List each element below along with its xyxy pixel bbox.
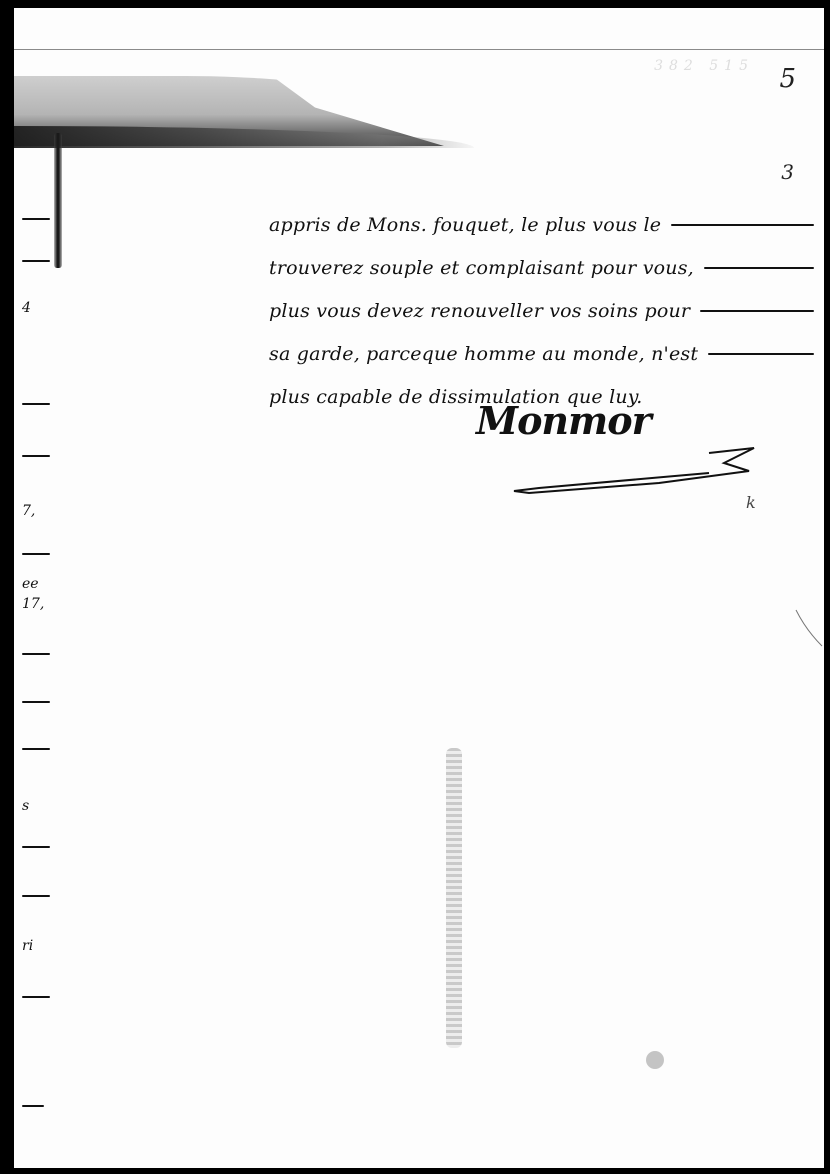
margin-dash xyxy=(22,455,50,457)
margin-glyph: ee xyxy=(22,576,39,592)
ink-smear xyxy=(446,748,462,1048)
signature: Monmor xyxy=(476,398,651,443)
margin-dash xyxy=(22,218,50,220)
page-top-edge xyxy=(14,49,824,50)
margin-glyph: ri xyxy=(22,938,33,954)
letter-line: sa garde, parceque homme au monde, n'est xyxy=(269,322,814,365)
letter-line: plus vous devez renouveller vos soins po… xyxy=(269,279,814,322)
margin-dash xyxy=(22,748,50,750)
signature-flourish-icon xyxy=(509,443,759,503)
manuscript-page: 382 515 5 3 appris de Mons. fouquet, le … xyxy=(14,8,824,1168)
letter-line: trouverez souple et complaisant pour vou… xyxy=(269,236,814,279)
margin-dash xyxy=(22,996,50,998)
line-end-dash xyxy=(708,353,814,355)
margin-dash xyxy=(22,846,50,848)
letter-line-text: plus vous devez renouveller vos soins po… xyxy=(269,300,690,322)
letter-line-text: sa garde, parceque homme au monde, n'est xyxy=(269,343,698,365)
margin-glyph: 4 xyxy=(22,300,31,316)
letter-line: appris de Mons. fouquet, le plus vous le xyxy=(269,193,814,236)
letter-body: appris de Mons. fouquet, le plus vous le… xyxy=(269,193,814,408)
ink-spot xyxy=(646,1051,664,1069)
line-end-dash xyxy=(704,267,814,269)
margin-dash xyxy=(22,260,50,262)
margin-dash xyxy=(22,553,50,555)
margin-dash xyxy=(22,895,50,897)
line-end-dash xyxy=(671,224,814,226)
margin-dash xyxy=(22,403,50,405)
paper-edge-curve-icon xyxy=(794,608,824,648)
margin-dash xyxy=(22,701,50,703)
folio-number: 5 xyxy=(779,64,796,94)
letter-line-text: appris de Mons. fouquet, le plus vous le xyxy=(269,214,661,236)
line-end-dash xyxy=(700,310,814,312)
margin-glyph: s xyxy=(22,798,29,814)
faint-folio-number: 382 515 xyxy=(654,58,754,74)
page-sub-number: 3 xyxy=(781,160,794,184)
letter-line-text: trouverez souple et complaisant pour vou… xyxy=(269,257,694,279)
margin-dash xyxy=(22,1105,44,1107)
margin-dash xyxy=(22,653,50,655)
right-margin-mark: k xyxy=(746,493,756,512)
ink-smudge-stem xyxy=(54,133,62,268)
ink-smudge-dark-stripe xyxy=(14,126,474,148)
margin-glyph: 7, xyxy=(22,503,35,519)
margin-glyph: 17, xyxy=(22,596,44,612)
